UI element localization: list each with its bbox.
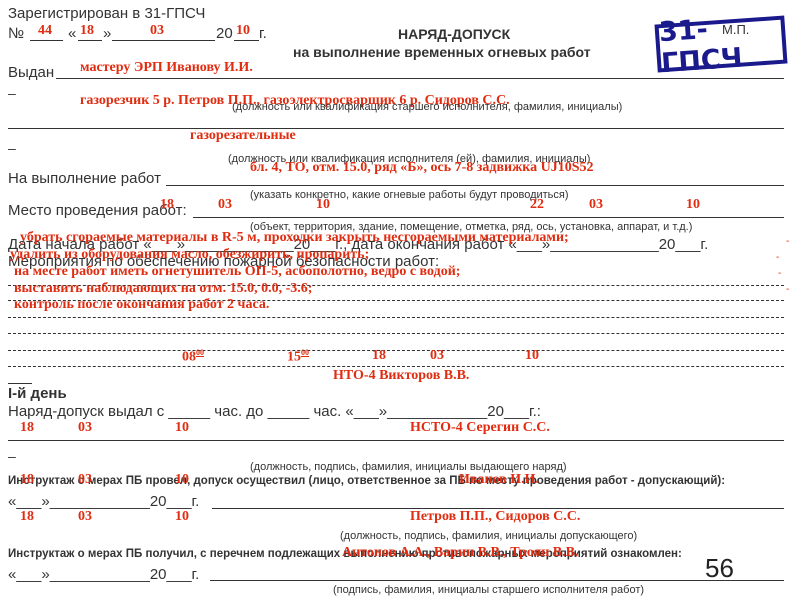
issued-label: Выдан: [8, 64, 54, 81]
day1-year: 10: [175, 420, 189, 436]
day1-issued-line: Наряд-допуск выдал с _____ час. до _____…: [8, 403, 541, 420]
quote-open: «: [68, 25, 76, 42]
conducted-day: 18: [20, 472, 34, 488]
day1-day: 18: [20, 420, 34, 436]
date-line: «___»____________20___г.: [8, 493, 199, 510]
admitted-persons: Петров П.П., Сидоров С.С.: [410, 509, 580, 525]
senior-signature-caption: (подпись, фамилия, инициалы старшего исп…: [333, 584, 644, 596]
dash: –: [8, 85, 16, 101]
conducted-year: 10: [175, 472, 189, 488]
date-day: 18: [20, 509, 34, 525]
reg-year: 10: [236, 23, 250, 39]
date-year: 10: [175, 509, 189, 525]
approver: НТО-4 Викторов В.В.: [333, 368, 469, 384]
measure-3: на месте работ иметь огнетушитель ОП-5, …: [14, 264, 460, 280]
senior-caption: (должность или квалификация старшего исп…: [232, 101, 622, 113]
year-suffix: г.: [259, 25, 267, 42]
measure-5: контроль после окончания работ 2 часа.: [14, 297, 269, 313]
conducted-month: 03: [78, 472, 92, 488]
page-number: 56: [705, 553, 734, 584]
reg-month: 03: [150, 23, 164, 39]
end-day: 22: [530, 197, 544, 213]
start-day: 18: [160, 197, 174, 213]
dash: –: [8, 448, 16, 464]
end-month: 03: [589, 197, 603, 213]
approval-day: 18: [372, 348, 386, 364]
day1-month: 03: [78, 420, 92, 436]
works-caption: (указать конкретно, какие огневые работы…: [250, 189, 569, 201]
admitter-caption: (должность, подпись, фамилия, инициалы д…: [340, 530, 637, 542]
time-from: 0800: [182, 348, 204, 366]
works-value: бл. 4, ТО, отм. 15.0, ряд «Б», ось 7-8 з…: [250, 160, 594, 176]
date-line-2: «___»____________20___г.: [8, 566, 199, 583]
reg-day: 18: [80, 23, 94, 39]
works-label: На выполнение работ: [8, 170, 161, 187]
measure-1: убрать сгораемые материалы в R-5 м, прох…: [20, 230, 569, 246]
quote-close: »: [103, 25, 111, 42]
admitter: Иванов И.И.: [459, 472, 539, 488]
no-label: №: [8, 25, 24, 42]
date-month: 03: [78, 509, 92, 525]
issuer: НСТО-4 Серегин С.С.: [410, 420, 550, 436]
approval-year: 10: [525, 348, 539, 364]
executors-value: газорезательные: [190, 128, 296, 144]
registered-label: Зарегистрирован в 31-ГПСЧ: [8, 5, 205, 22]
instr-conducted: Инструктаж о мерах ПБ провел, допуск осу…: [8, 475, 725, 487]
day1-heading: I-й день: [8, 385, 67, 402]
measure-2: удалить из оборудования масло, обезжирит…: [10, 247, 369, 263]
time-to: 1500: [287, 348, 309, 366]
start-year: 10: [316, 197, 330, 213]
dash: –: [8, 140, 16, 156]
received-by: Антонов А.А., Варин В.В., Троян В.В.: [342, 545, 578, 561]
document-subtitle: на выполнение временных огневых работ: [293, 44, 591, 60]
year-prefix: 20: [216, 25, 233, 42]
organization-stamp: 31-ГПСЧ: [654, 16, 787, 73]
issued-to: мастеру ЭРП Иванову И.И.: [80, 60, 253, 76]
reg-number: 44: [38, 23, 52, 39]
document-title: НАРЯД-ДОПУСК: [398, 26, 510, 42]
approval-month: 03: [430, 348, 444, 364]
measure-4: выставить наблюдающих на отм. 15.0, 0.0,…: [14, 281, 312, 297]
end-year: 10: [686, 197, 700, 213]
start-month: 03: [218, 197, 232, 213]
